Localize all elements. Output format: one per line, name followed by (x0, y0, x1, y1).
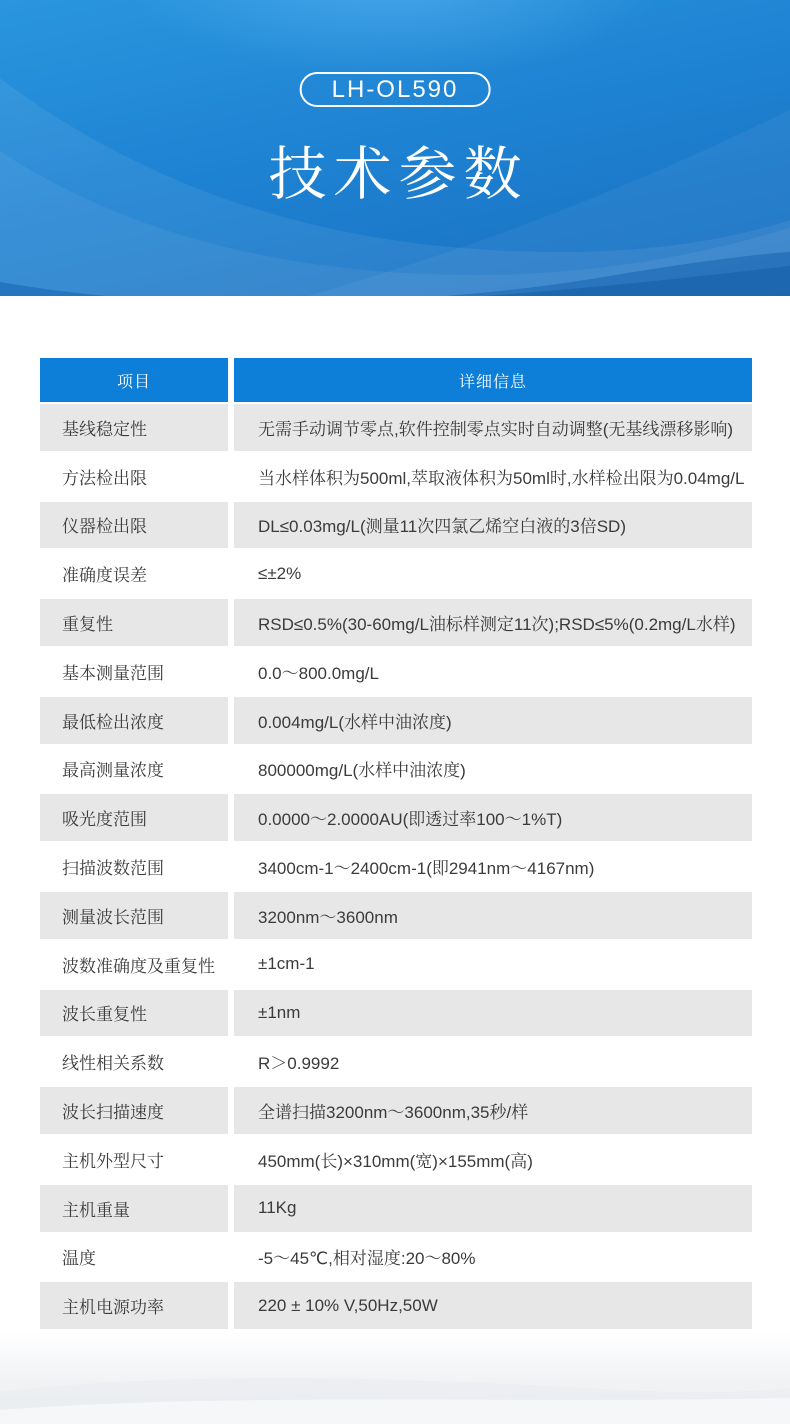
item-cell: 主机外型尺寸 (40, 1136, 228, 1183)
detail-cell: 0.0～800.0mg/L (234, 648, 752, 695)
detail-cell: 220 ± 10% V,50Hz,50W (234, 1282, 752, 1329)
detail-cell: DL≤0.03mg/L(测量11次四氯乙烯空白液的3倍SD) (234, 502, 752, 549)
spec-table-body: 基线稳定性 无需手动调节零点,软件控制零点实时自动调整(无基线漂移影响) 方法检… (40, 404, 752, 1329)
detail-cell: 800000mg/L(水样中油浓度) (234, 746, 752, 793)
detail-cell: 3200nm～3600nm (234, 892, 752, 939)
detail-cell: 0.0000～2.0000AU(即透过率100～1%T) (234, 794, 752, 841)
item-cell: 波长扫描速度 (40, 1087, 228, 1134)
table-row: 基本测量范围 0.0～800.0mg/L (40, 648, 752, 695)
table-row: 主机外型尺寸 450mm(长)×310mm(宽)×155mm(高) (40, 1136, 752, 1183)
item-cell: 重复性 (40, 599, 228, 646)
table-header-detail: 详细信息 (234, 358, 752, 402)
footer-wave-band (0, 1332, 790, 1424)
detail-cell: 无需手动调节零点,软件控制零点实时自动调整(无基线漂移影响) (234, 404, 752, 451)
detail-cell: RSD≤0.5%(30-60mg/L油标样测定11次);RSD≤5%(0.2mg… (234, 599, 752, 646)
table-row: 重复性 RSD≤0.5%(30-60mg/L油标样测定11次);RSD≤5%(0… (40, 599, 752, 646)
table-row: 扫描波数范围 3400cm-1～2400cm-1(即2941nm～4167nm) (40, 843, 752, 890)
table-row: 主机电源功率 220 ± 10% V,50Hz,50W (40, 1282, 752, 1329)
table-row: 方法检出限 当水样体积为500ml,萃取液体积为50ml时,水样检出限为0.04… (40, 453, 752, 500)
item-cell: 基本测量范围 (40, 648, 228, 695)
detail-cell: 全谱扫描3200nm～3600nm,35秒/样 (234, 1087, 752, 1134)
item-cell: 最高测量浓度 (40, 746, 228, 793)
detail-cell: 当水样体积为500ml,萃取液体积为50ml时,水样检出限为0.04mg/L (234, 453, 752, 500)
spec-table: 项目 详细信息 基线稳定性 无需手动调节零点,软件控制零点实时自动调整(无基线漂… (40, 358, 752, 1331)
table-header-row: 项目 详细信息 (40, 358, 752, 402)
item-cell: 波数准确度及重复性 (40, 941, 228, 988)
item-cell: 基线稳定性 (40, 404, 228, 451)
item-cell: 吸光度范围 (40, 794, 228, 841)
model-badge: LH-OL590 (300, 72, 491, 107)
table-row: 波长扫描速度 全谱扫描3200nm～3600nm,35秒/样 (40, 1087, 752, 1134)
item-cell: 最低检出浓度 (40, 697, 228, 744)
detail-cell: 0.004mg/L(水样中油浓度) (234, 697, 752, 744)
table-row: 波长重复性 ±1nm (40, 990, 752, 1037)
table-row: 主机重量 11Kg (40, 1185, 752, 1232)
detail-cell: ±1nm (234, 990, 752, 1037)
table-row: 线性相关系数 R＞0.9992 (40, 1038, 752, 1085)
item-cell: 准确度误差 (40, 550, 228, 597)
banner: LH-OL590 技术参数 (0, 0, 790, 296)
item-cell: 线性相关系数 (40, 1038, 228, 1085)
detail-cell: 3400cm-1～2400cm-1(即2941nm～4167nm) (234, 843, 752, 890)
table-row: 波数准确度及重复性 ±1cm-1 (40, 941, 752, 988)
item-cell: 波长重复性 (40, 990, 228, 1037)
table-row: 最高测量浓度 800000mg/L(水样中油浓度) (40, 746, 752, 793)
detail-cell: -5～45℃,相对湿度:20～80% (234, 1234, 752, 1281)
item-cell: 仪器检出限 (40, 502, 228, 549)
item-cell: 温度 (40, 1234, 228, 1281)
table-row: 吸光度范围 0.0000～2.0000AU(即透过率100～1%T) (40, 794, 752, 841)
footer-wave-decoration (0, 1332, 790, 1424)
detail-cell: 450mm(长)×310mm(宽)×155mm(高) (234, 1136, 752, 1183)
detail-cell: R＞0.9992 (234, 1038, 752, 1085)
item-cell: 方法检出限 (40, 453, 228, 500)
table-row: 基线稳定性 无需手动调节零点,软件控制零点实时自动调整(无基线漂移影响) (40, 404, 752, 451)
table-row: 最低检出浓度 0.004mg/L(水样中油浓度) (40, 697, 752, 744)
page-title: 技术参数 (0, 142, 790, 208)
detail-cell: 11Kg (234, 1185, 752, 1232)
table-row: 温度 -5～45℃,相对湿度:20～80% (40, 1234, 752, 1281)
table-header-item: 项目 (40, 358, 228, 402)
detail-cell: ±1cm-1 (234, 941, 752, 988)
table-row: 测量波长范围 3200nm～3600nm (40, 892, 752, 939)
table-row: 仪器检出限 DL≤0.03mg/L(测量11次四氯乙烯空白液的3倍SD) (40, 502, 752, 549)
detail-cell: ≤±2% (234, 550, 752, 597)
table-row: 准确度误差 ≤±2% (40, 550, 752, 597)
item-cell: 主机重量 (40, 1185, 228, 1232)
item-cell: 扫描波数范围 (40, 843, 228, 890)
item-cell: 主机电源功率 (40, 1282, 228, 1329)
item-cell: 测量波长范围 (40, 892, 228, 939)
model-badge-label: LH-OL590 (332, 76, 459, 104)
